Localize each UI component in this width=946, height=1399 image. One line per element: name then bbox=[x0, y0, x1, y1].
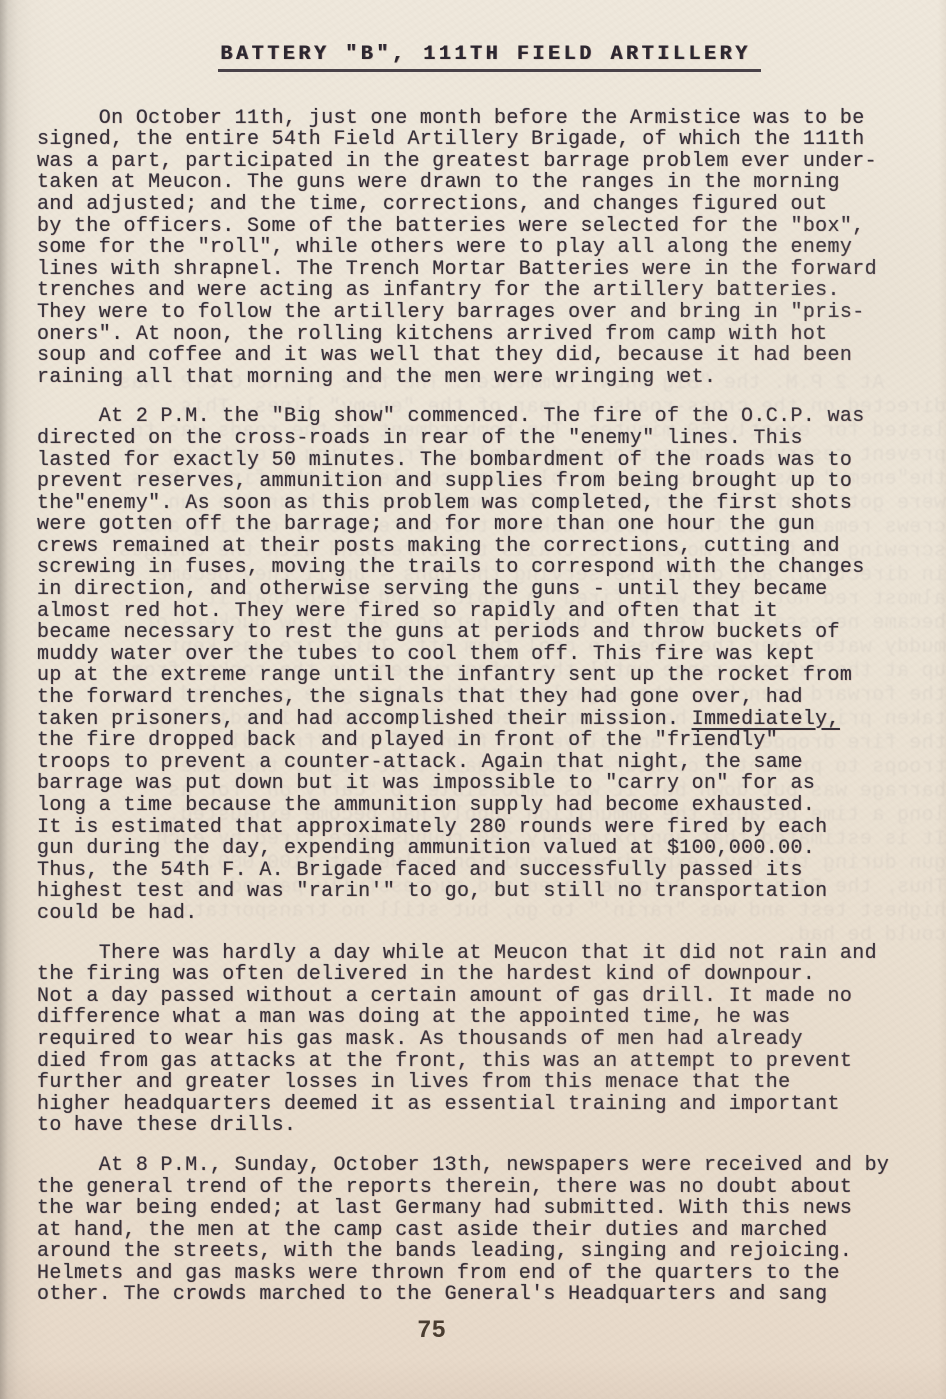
text-line: could be had. bbox=[37, 903, 928, 925]
text-line: On October 11th, just one month before t… bbox=[37, 108, 928, 130]
text-line: troops to prevent a counter-attack. Agai… bbox=[37, 752, 928, 774]
text-line: were gotten off the barrage; and for mor… bbox=[37, 514, 928, 536]
underlined-text: Immediately, bbox=[692, 708, 840, 731]
text-line: screwing in fuses, moving the trails to … bbox=[37, 557, 928, 579]
text-line: barrage was put down but it was impossib… bbox=[37, 773, 928, 795]
text-line: taken prisoners, and had accomplished th… bbox=[37, 709, 928, 731]
text-line: was a part, participated in the greatest… bbox=[37, 151, 928, 173]
text-line: the firing was often delivered in the ha… bbox=[37, 964, 928, 986]
text-line: At 8 P.M., Sunday, October 13th, newspap… bbox=[37, 1155, 928, 1177]
text-line: required to wear his gas mask. As thousa… bbox=[37, 1029, 928, 1051]
text-line: lasted for exactly 50 minutes. The bomba… bbox=[37, 450, 928, 472]
paragraph: At 8 P.M., Sunday, October 13th, newspap… bbox=[37, 1155, 928, 1306]
text-line: They were to follow the artillery barrag… bbox=[37, 302, 928, 324]
text-line: the war being ended; at last Germany had… bbox=[37, 1198, 928, 1220]
text-line: other. The crowds marched to the General… bbox=[37, 1284, 928, 1306]
paragraph: On October 11th, just one month before t… bbox=[37, 108, 928, 389]
text-line: to have these drills. bbox=[37, 1115, 928, 1137]
text-line: prevent reserves, ammunition and supplie… bbox=[37, 471, 928, 493]
text-line: by the officers. Some of the batteries w… bbox=[37, 216, 928, 238]
text-line: lines with shrapnel. The Trench Mortar B… bbox=[37, 259, 928, 281]
text-line: gun during the day, expending ammunition… bbox=[37, 838, 928, 860]
text-line: crews remained at their posts making the… bbox=[37, 536, 928, 558]
text-line: died from gas attacks at the front, this… bbox=[37, 1051, 928, 1073]
text-line: in direction, and otherwise serving the … bbox=[37, 579, 928, 601]
title-row: BATTERY "B", 111TH FIELD ARTILLERY bbox=[51, 44, 928, 72]
text-line: around the streets, with the bands leadi… bbox=[37, 1241, 928, 1263]
text-line: and adjusted; and the time, corrections,… bbox=[37, 194, 928, 216]
text-line: There was hardly a day while at Meucon t… bbox=[37, 943, 928, 965]
text-line: long a time because the ammunition suppl… bbox=[37, 795, 928, 817]
text-line: directed on the cross-roads in rear of t… bbox=[37, 428, 928, 450]
text-line: difference what a man was doing at the a… bbox=[37, 1007, 928, 1029]
text-line: It is estimated that approximately 280 r… bbox=[37, 817, 928, 839]
page-content: BATTERY "B", 111TH FIELD ARTILLERY On Oc… bbox=[37, 44, 928, 1324]
text-line: Thus, the 54th F. A. Brigade faced and s… bbox=[37, 860, 928, 882]
text-line: up at the extreme range until the infant… bbox=[37, 665, 928, 687]
text-line: signed, the entire 54th Field Artillery … bbox=[37, 129, 928, 151]
paragraph: At 2 P.M. the "Big show" commenced. The … bbox=[37, 406, 928, 924]
page-number: 75 bbox=[0, 1316, 905, 1344]
text-line: raining all that morning and the men wer… bbox=[37, 367, 928, 389]
text-line: higher headquarters deemed it as essenti… bbox=[37, 1094, 928, 1116]
text-line: further and greater losses in lives from… bbox=[37, 1072, 928, 1094]
text-line: At 2 P.M. the "Big show" commenced. The … bbox=[37, 406, 928, 428]
text-line: almost red hot. They were fired so rapid… bbox=[37, 601, 928, 623]
text-line: highest test and was "rarin'" to go, but… bbox=[37, 881, 928, 903]
text-line: the forward trenches, the signals that t… bbox=[37, 687, 928, 709]
text-line: muddy water over the tubes to cool them … bbox=[37, 644, 928, 666]
text-line: became necessary to rest the guns at per… bbox=[37, 622, 928, 644]
text-line: taken at Meucon. The guns were drawn to … bbox=[37, 172, 928, 194]
text-line: Not a day passed without a certain amoun… bbox=[37, 986, 928, 1008]
paragraphs: On October 11th, just one month before t… bbox=[37, 108, 928, 1306]
page-title: BATTERY "B", 111TH FIELD ARTILLERY bbox=[218, 44, 760, 72]
text-line: oners". At noon, the rolling kitchens ar… bbox=[37, 324, 928, 346]
text-line: trenches and were acting as infantry for… bbox=[37, 280, 928, 302]
scanned-document-page: At 2 P.M. the "Big show" commenced. The … bbox=[0, 0, 946, 1399]
text-line: Helmets and gas masks were thrown from e… bbox=[37, 1263, 928, 1285]
text-line: some for the "roll", while others were t… bbox=[37, 237, 928, 259]
text-line: at hand, the men at the camp cast aside … bbox=[37, 1220, 928, 1242]
text-line: the"enemy". As soon as this problem was … bbox=[37, 493, 928, 515]
text-line: the general trend of the reports therein… bbox=[37, 1177, 928, 1199]
text-line: soup and coffee and it was well that the… bbox=[37, 345, 928, 367]
paragraph: There was hardly a day while at Meucon t… bbox=[37, 943, 928, 1137]
text-line: the fire dropped back and played in fron… bbox=[37, 730, 928, 752]
